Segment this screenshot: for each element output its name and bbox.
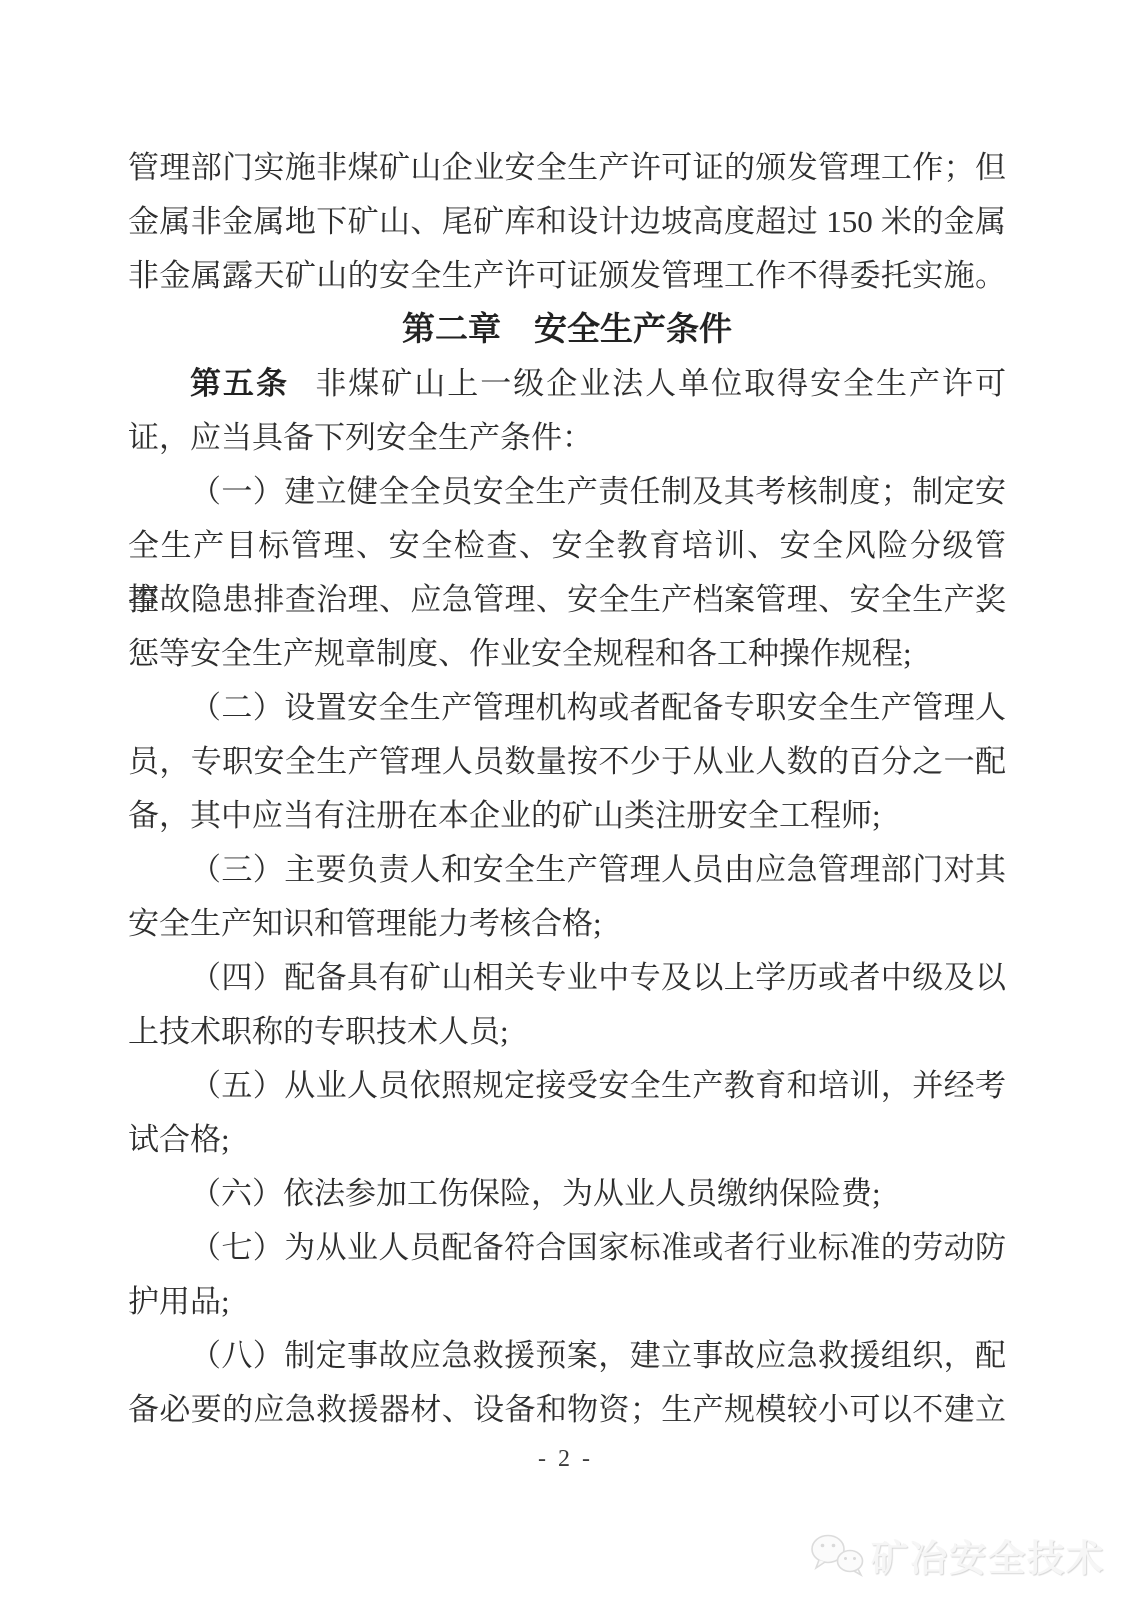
text-line: 证，应当具备下列安全生产条件：	[128, 411, 1006, 465]
text-line: 备，其中应当有注册在本企业的矿山类注册安全工程师;	[128, 789, 1006, 843]
text-line: （三）主要负责人和安全生产管理人员由应急管理部门对其	[128, 843, 1006, 897]
text-line: 管理部门实施非煤矿山企业安全生产许可证的颁发管理工作；但	[128, 141, 1006, 195]
article-text: 非煤矿山上一级企业法人单位取得安全生产许可	[315, 366, 1006, 401]
watermark-text: 矿冶安全技术	[871, 1528, 1105, 1582]
text-line: （七）为从业人员配备符合国家标准或者行业标准的劳动防	[128, 1221, 1006, 1275]
text-line: （二）设置安全生产管理机构或者配备专职安全生产管理人	[128, 681, 1006, 735]
text-line: （八）制定事故应急救援预案，建立事故应急救援组织，配	[128, 1329, 1006, 1383]
page-number: - 2 -	[0, 1446, 1131, 1473]
text-line: 事故隐患排查治理、应急管理、安全生产档案管理、安全生产奖	[128, 573, 1006, 627]
wechat-icon	[809, 1532, 867, 1578]
text-line: （四）配备具有矿山相关专业中专及以上学历或者中级及以	[128, 951, 1006, 1005]
text-line: （六）依法参加工伤保险，为从业人员缴纳保险费;	[128, 1167, 1006, 1221]
text-line: 备必要的应急救援器材、设备和物资；生产规模较小可以不建立	[128, 1383, 1006, 1437]
document-body: 管理部门实施非煤矿山企业安全生产许可证的颁发管理工作；但 金属非金属地下矿山、尾…	[128, 141, 1006, 1437]
article-number-label: 第五条	[190, 366, 289, 401]
text-line: 安全生产知识和管理能力考核合格;	[128, 897, 1006, 951]
text-line: 非金属露天矿山的安全生产许可证颁发管理工作不得委托实施。	[128, 249, 1006, 303]
text-line: 金属非金属地下矿山、尾矿库和设计边坡高度超过 150 米的金属	[128, 195, 1006, 249]
text-line: 上技术职称的专职技术人员;	[128, 1005, 1006, 1059]
text-line: 全生产目标管理、安全检查、安全教育培训、安全风险分级管控、	[128, 519, 1006, 573]
text-line: （一）建立健全全员安全生产责任制及其考核制度；制定安	[128, 465, 1006, 519]
chapter-heading: 第二章 安全生产条件	[128, 303, 1006, 357]
watermark: 矿冶安全技术	[809, 1528, 1105, 1582]
text-line: 试合格;	[128, 1113, 1006, 1167]
text-line: 护用品;	[128, 1275, 1006, 1329]
document-page: 管理部门实施非煤矿山企业安全生产许可证的颁发管理工作；但 金属非金属地下矿山、尾…	[0, 0, 1131, 1600]
text-line: （五）从业人员依照规定接受安全生产教育和培训，并经考	[128, 1059, 1006, 1113]
text-line: 员，专职安全生产管理人员数量按不少于从业人数的百分之一配	[128, 735, 1006, 789]
article-5-line: 第五条非煤矿山上一级企业法人单位取得安全生产许可	[128, 357, 1006, 411]
text-line: 惩等安全生产规章制度、作业安全规程和各工种操作规程;	[128, 627, 1006, 681]
